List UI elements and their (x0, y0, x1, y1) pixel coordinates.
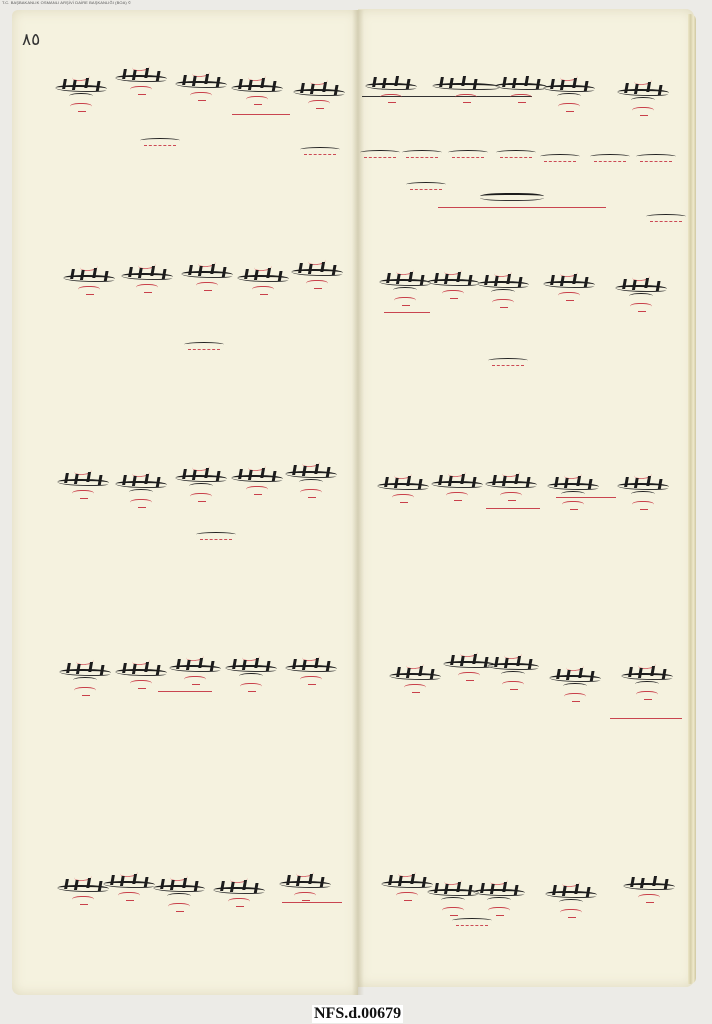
register-entry (210, 874, 268, 907)
marginal-note (300, 145, 340, 159)
annotation-underline (158, 691, 212, 692)
marginal-note (636, 152, 676, 166)
register-entry (228, 72, 286, 105)
register-entry (172, 68, 230, 101)
register-entry (282, 652, 340, 685)
register-entry (234, 262, 292, 295)
register-entry (376, 266, 434, 306)
marginal-note (496, 148, 536, 162)
register-entry (542, 878, 600, 918)
register-entry (178, 258, 236, 291)
annotation-underline (610, 718, 682, 719)
marginal-note (402, 148, 442, 162)
register-entry (60, 262, 118, 295)
section-heading: handwritten section heading (Ottoman scr… (480, 192, 544, 202)
register-entry (118, 260, 176, 293)
register-entry (222, 652, 280, 692)
marginal-note (360, 148, 400, 162)
register-entry (166, 652, 224, 685)
annotation-underline (486, 508, 540, 509)
register-entry (290, 76, 348, 109)
register-entry (150, 872, 208, 912)
annotation-underline (232, 114, 290, 115)
archive-copyright-header: T.C. BAŞBAKANLIK OSMANLI ARŞİVİ DAİRE BA… (2, 0, 131, 5)
register-entry (56, 656, 114, 696)
page-edges (688, 14, 696, 984)
register-entry (540, 268, 598, 301)
register-entry (112, 62, 170, 95)
register-entry (54, 872, 112, 905)
register-entry (54, 466, 112, 499)
register-entry (112, 468, 170, 508)
register-entry (620, 880, 678, 903)
register-entry (618, 660, 676, 700)
register-entry (614, 76, 672, 116)
annotation-underline (384, 312, 430, 313)
catalog-number-label: NFS.d.00679 (312, 1005, 403, 1023)
register-entry (612, 272, 670, 312)
register-entry (614, 470, 672, 510)
marginal-note (196, 530, 236, 544)
marginal-note (540, 152, 580, 166)
register-entry (112, 656, 170, 689)
annotation-underline (556, 497, 616, 498)
register-entry (540, 72, 598, 112)
register-entry (276, 868, 334, 901)
register-entry (378, 868, 436, 901)
register-entry (374, 470, 432, 503)
register-entry (428, 468, 486, 501)
register-entry (288, 256, 346, 289)
register-entry (544, 470, 602, 510)
folio-number: ٨٥ (22, 30, 40, 50)
register-entry (282, 458, 340, 498)
register-entry (228, 462, 286, 495)
marginal-note (184, 340, 224, 354)
register-entry (440, 648, 498, 681)
register-entry (172, 462, 230, 502)
register-entry (362, 80, 420, 103)
register-entry (386, 660, 444, 693)
marginal-note (590, 152, 630, 166)
register-entry (482, 468, 540, 501)
marginal-note (488, 356, 528, 370)
marginal-note (448, 148, 488, 162)
register-entry (546, 662, 604, 702)
annotation-underline (282, 902, 342, 903)
register-entry (474, 268, 532, 308)
marginal-note (140, 136, 180, 150)
marginal-note (646, 212, 686, 226)
section-heading-underline (438, 207, 606, 208)
marginal-note (406, 180, 446, 194)
register-entry (52, 72, 110, 112)
marginal-note (452, 916, 492, 930)
